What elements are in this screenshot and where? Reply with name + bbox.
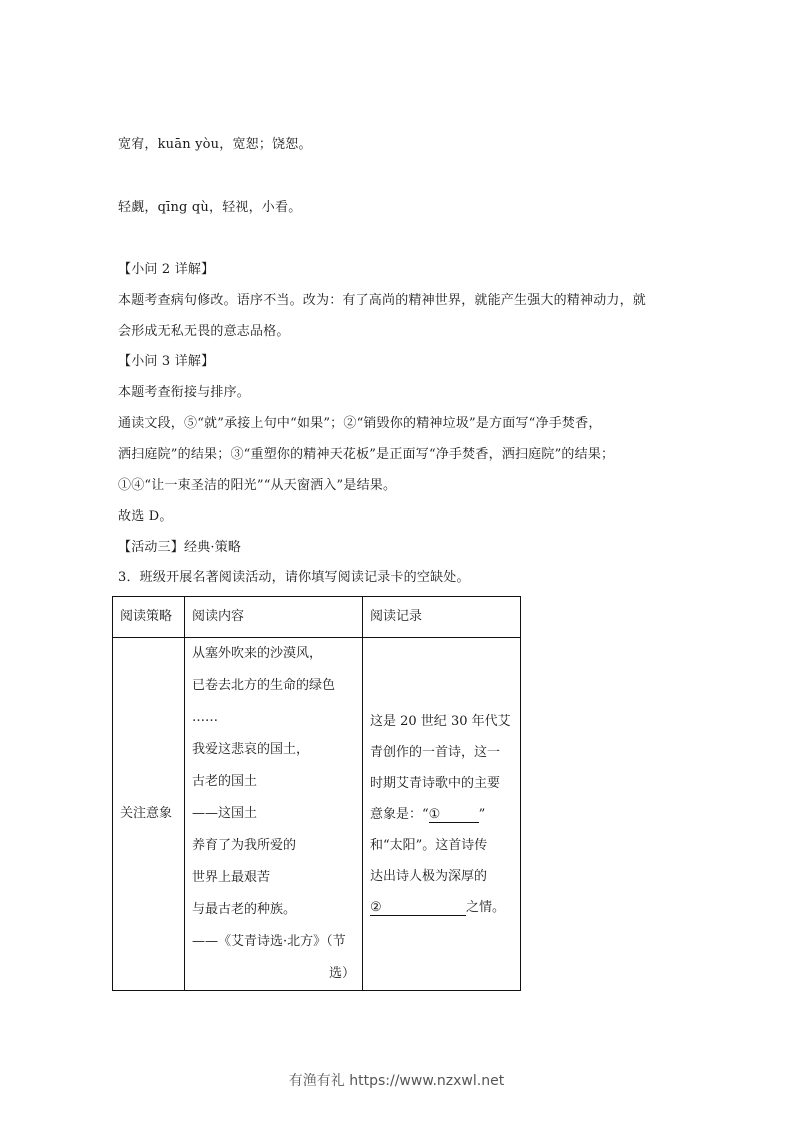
poem-source: ——《艾青诗选·北方》（节 — [192, 926, 355, 958]
record-line: 这是 20 世纪 30 年代艾 — [370, 706, 513, 737]
record-line: ②之情。 — [370, 892, 513, 923]
poem-cell: 从塞外吹来的沙漠风， 已卷去北方的生命的绿色 …… 我爱这悲哀的国土， 古老的国… — [185, 638, 363, 991]
record-text: 意象是：“ — [370, 807, 429, 822]
poem-line: 从塞外吹来的沙漠风， — [192, 638, 355, 670]
blank-1-input[interactable]: ① — [429, 808, 479, 823]
q3-text-line: 本题考查衔接与排序。 — [118, 385, 250, 401]
q2-text-line: 会形成无私无畏的意志品格。 — [118, 324, 290, 340]
header-content: 阅读内容 — [185, 597, 363, 638]
vocab-line-2: 轻觑，qīng qù，轻视，小看。 — [118, 200, 301, 216]
poem-line: 世界上最艰苦 — [192, 862, 355, 894]
blank-2-input[interactable]: ② — [370, 901, 466, 916]
poem-line: 养育了为我所爱的 — [192, 830, 355, 862]
q2-text-line: 本题考查病句修改。语序不当。改为：有了高尚的精神世界，就能产生强大的精神动力，就 — [118, 293, 646, 309]
record-cell: 这是 20 世纪 30 年代艾 青创作的一首诗，这一 时期艾青诗歌中的主要 意象… — [363, 638, 521, 991]
header-record: 阅读记录 — [363, 597, 521, 638]
q3-text-line: ①④“让一束圣洁的阳光”“从天窗洒入”是结果。 — [118, 478, 396, 494]
record-text: 之情。 — [466, 900, 505, 915]
poem-line: ——这国土 — [192, 798, 355, 830]
record-line: 时期艾青诗歌中的主要 — [370, 768, 513, 799]
q3-answer: 故选 D。 — [118, 509, 173, 525]
header-strategy: 阅读策略 — [113, 597, 185, 638]
q2-heading: 【小问 2 详解】 — [118, 262, 214, 278]
blank-2-label: ② — [370, 900, 382, 915]
watermark: 有渔有礼 https://www.nzxwl.net — [0, 1070, 793, 1090]
strategy-cell: 关注意象 — [113, 638, 185, 991]
table-row: 关注意象 从塞外吹来的沙漠风， 已卷去北方的生命的绿色 …… 我爱这悲哀的国土，… — [113, 638, 521, 991]
q3-text-line: 洒扫庭院”的结果；③“重塑你的精神天花板”是正面写“净手焚香，洒扫庭院”的结果； — [118, 447, 614, 463]
activity-heading: 【活动三】经典·策略 — [118, 540, 241, 556]
poem-line: 古老的国土 — [192, 766, 355, 798]
poem-line: 与最古老的种族。 — [192, 894, 355, 926]
record-text: ” — [479, 807, 486, 822]
reading-record-table: 阅读策略 阅读内容 阅读记录 关注意象 从塞外吹来的沙漠风， 已卷去北方的生命的… — [112, 596, 521, 991]
record-line: 意象是：“①” — [370, 799, 513, 830]
poem-line: …… — [192, 702, 355, 734]
poem-source-end: 选） — [192, 958, 355, 990]
record-line: 达出诗人极为深厚的 — [370, 861, 513, 892]
question-3: 3．班级开展名著阅读活动，请你填写阅读记录卡的空缺处。 — [118, 570, 470, 586]
blank-1-label: ① — [429, 807, 441, 822]
record-line: 青创作的一首诗，这一 — [370, 737, 513, 768]
record-line: 和“太阳”。这首诗传 — [370, 830, 513, 861]
table-header-row: 阅读策略 阅读内容 阅读记录 — [113, 597, 521, 638]
vocab-line-1: 宽宥，kuān yòu，宽恕；饶恕。 — [118, 137, 312, 153]
q3-heading: 【小问 3 详解】 — [118, 354, 214, 370]
q3-text-line: 通读文段，⑤“就”承接上句中“如果”；②“销毁你的精神垃圾”是方面写“净手焚香， — [118, 416, 602, 432]
poem-line: 已卷去北方的生命的绿色 — [192, 670, 355, 702]
poem-line: 我爱这悲哀的国土， — [192, 734, 355, 766]
